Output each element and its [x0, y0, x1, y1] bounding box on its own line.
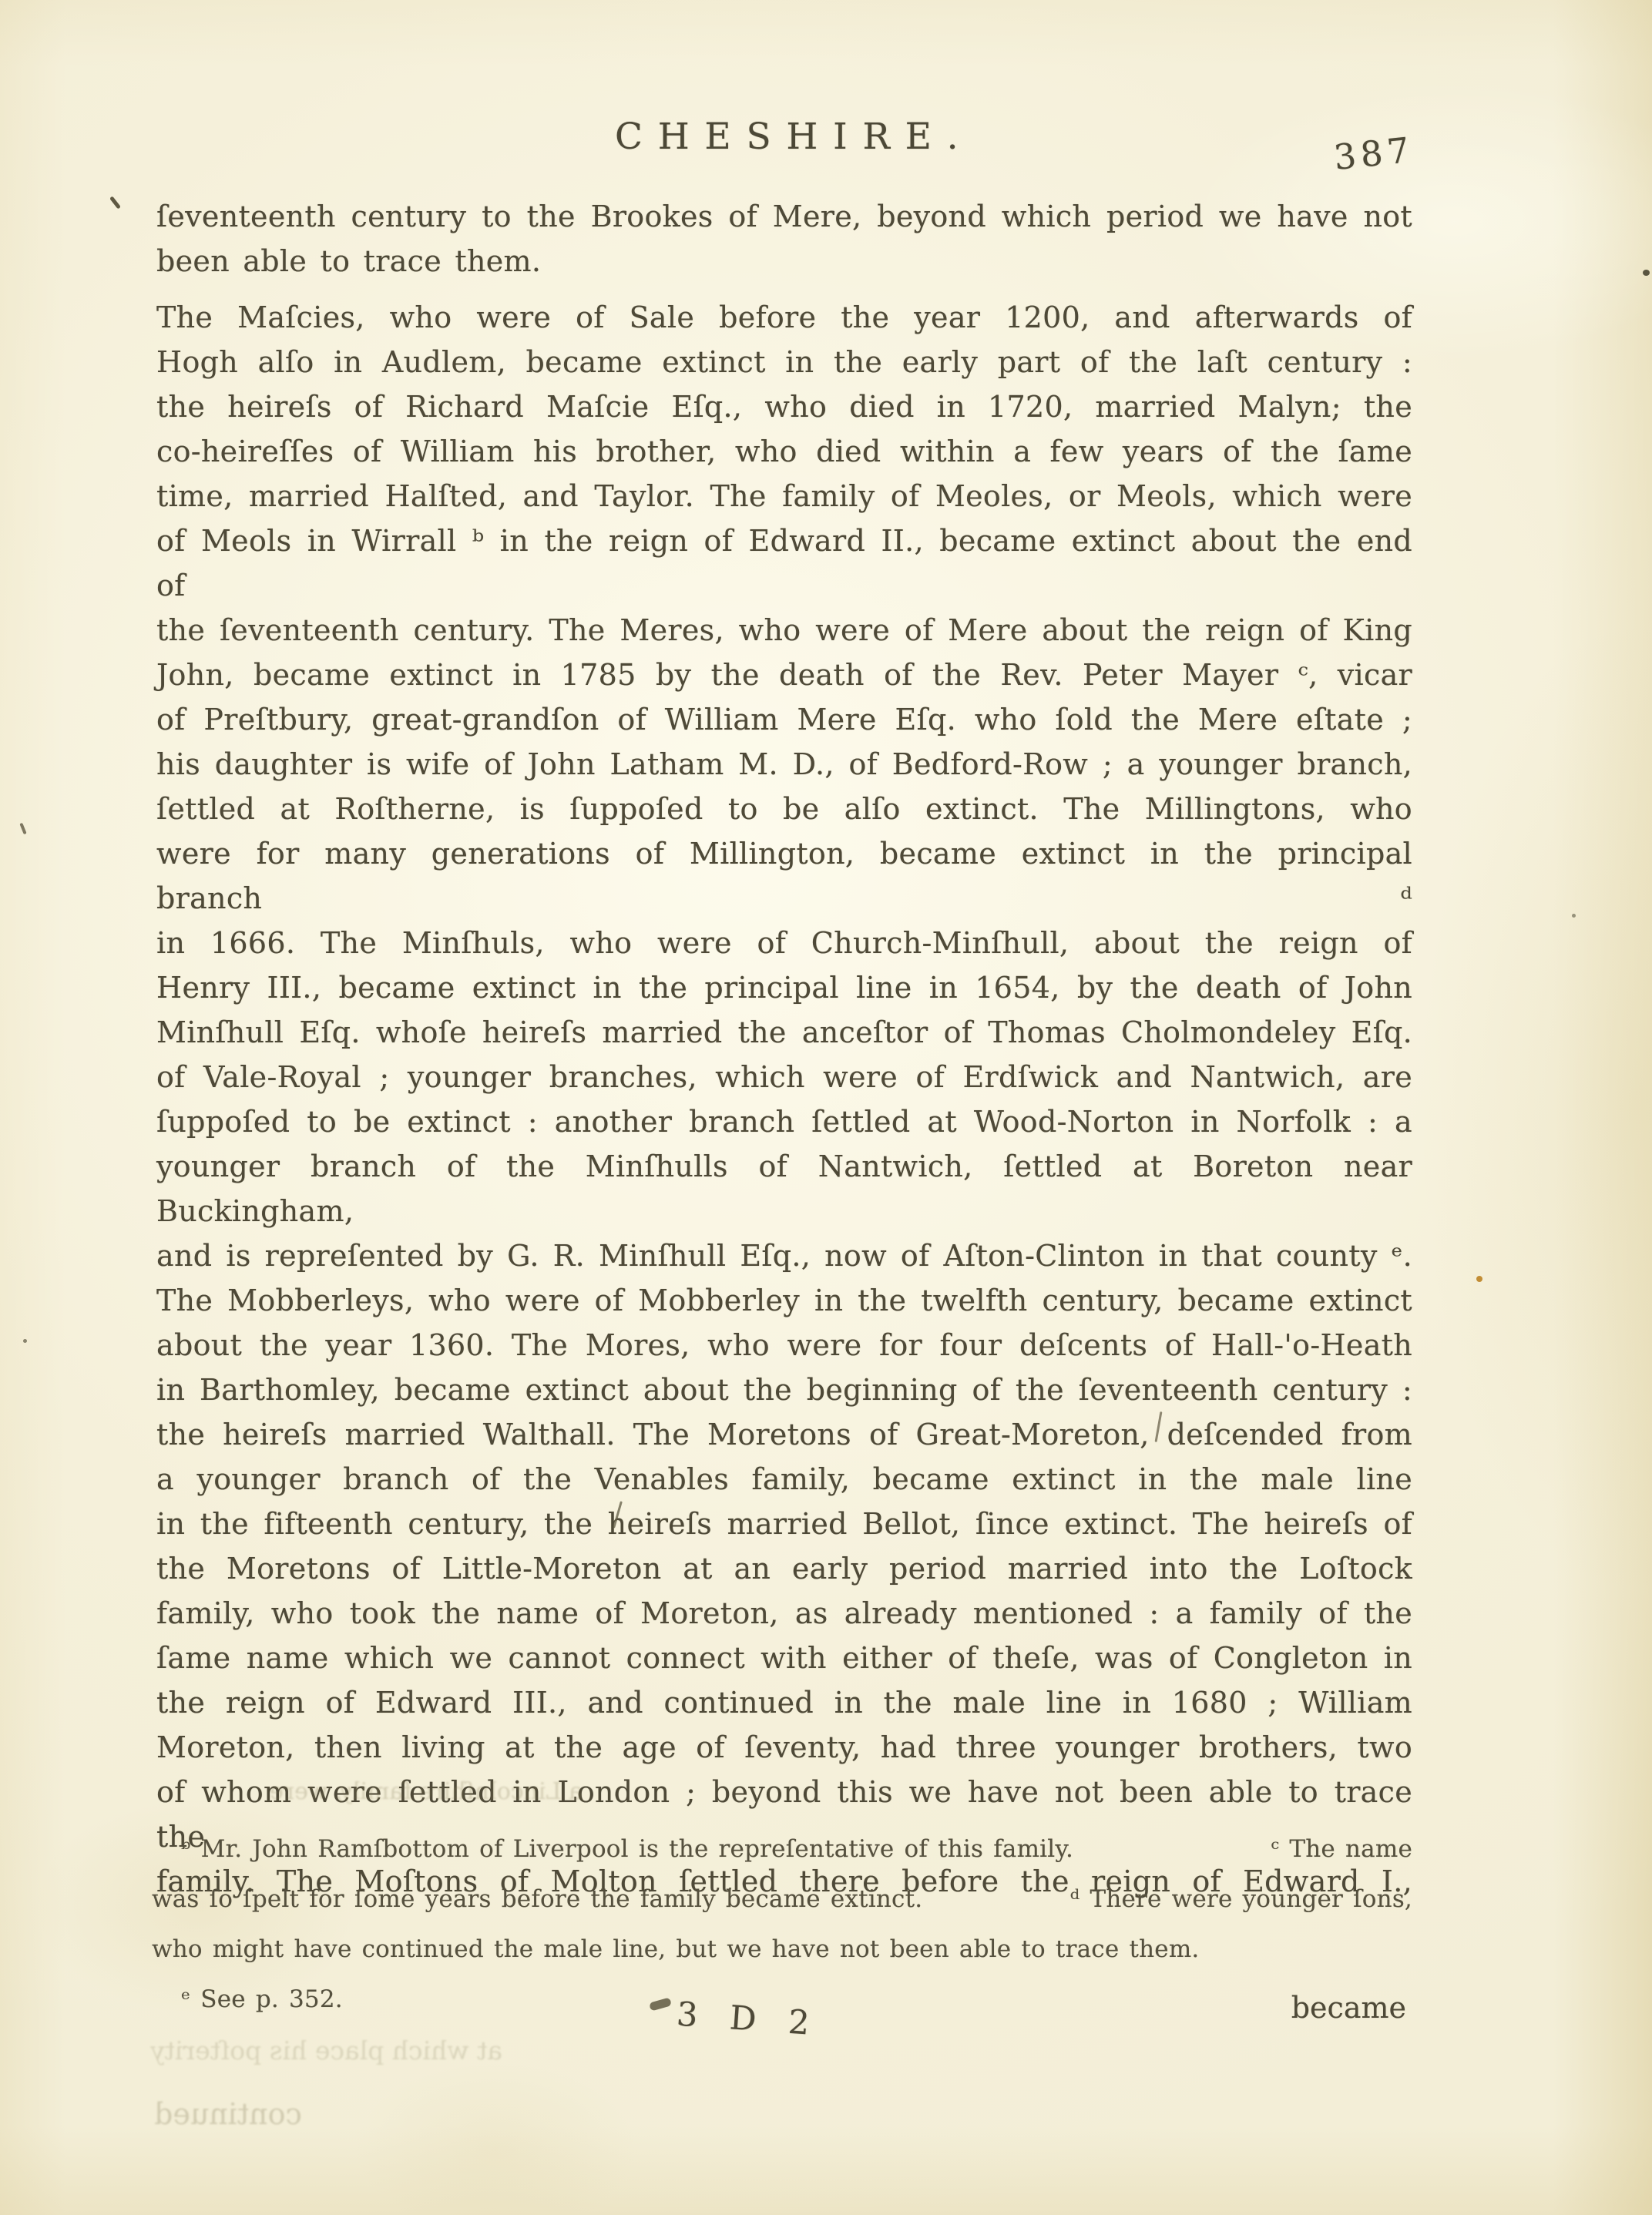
- text-line: The Maſcies, who were of Sale before the…: [156, 295, 1412, 340]
- text-line: of Meols in Wirrall ᵇ in the reign of Ed…: [156, 519, 1412, 608]
- catchword: became: [156, 1991, 1406, 2025]
- text-line: the heireſs married Walthall. The Moreto…: [156, 1412, 1412, 1457]
- footnote-c-start: ᶜ The name: [1241, 1824, 1412, 1874]
- ink-speck: [1476, 1276, 1482, 1282]
- paragraph-continued: ſeventeenth century to the Brookes of Me…: [156, 194, 1412, 284]
- text-line: the heireſs of Richard Maſcie Eſq., who …: [156, 384, 1412, 429]
- text-line: co-heireſſes of William his brother, who…: [156, 429, 1412, 474]
- text-line: time, married Halſted, and Taylor. The f…: [156, 474, 1412, 519]
- paragraph-families: The Maſcies, who were of Sale before the…: [156, 295, 1412, 1904]
- text-line: Minſhull Eſq. whoſe heireſs married the …: [156, 1010, 1412, 1055]
- footnote-line: was ſo ſpelt for ſome years before the f…: [152, 1874, 1412, 1925]
- showthrough-text: at which place his poſterity: [150, 2035, 502, 2066]
- ink-speck: [23, 1339, 27, 1343]
- text-line: were for many generations of Millington,…: [156, 831, 1412, 921]
- body-text: ſeventeenth century to the Brookes of Me…: [156, 194, 1412, 1904]
- text-line: in the fifteenth century, the heireſs ma…: [156, 1502, 1412, 1546]
- text-line: ſeventeenth century to the Brookes of Me…: [156, 194, 1412, 239]
- text-line: Henry III., became extinct in the princi…: [156, 965, 1412, 1010]
- ink-speck: [19, 823, 26, 834]
- text-line: the ſeventeenth century. The Meres, who …: [156, 608, 1412, 653]
- text-line: about the year 1360. The Mores, who were…: [156, 1323, 1412, 1368]
- footnote-d-start: ᵈ There were younger ſons,: [1070, 1874, 1412, 1925]
- text-line: Hogh alſo in Audlem, became extinct in t…: [156, 340, 1412, 384]
- scanned-book-page: CHESHIRE. 387 ſeventeenth century to the…: [0, 0, 1652, 2215]
- footnote-d-end: who might have continued the male line, …: [152, 1925, 1412, 1975]
- text-line: and is repreſented by G. R. Minſhull Eſq…: [156, 1233, 1412, 1278]
- ink-speck: [109, 196, 121, 209]
- footnote-b: ᵇ Mr. John Ramſbottom of Liverpool is th…: [152, 1824, 1073, 1874]
- footnote-c-end: was ſo ſpelt for ſome years before the f…: [152, 1874, 922, 1925]
- showthrough-text: continued: [154, 2097, 302, 2131]
- page-number: 387: [1332, 128, 1429, 178]
- text-line: younger branch of the Minſhulls of Nantw…: [156, 1144, 1412, 1233]
- text-line: his daughter is wife of John Latham M. D…: [156, 742, 1412, 787]
- running-title: CHESHIRE.: [615, 116, 959, 158]
- text-line: ſuppoſed to be extinct : another branch …: [156, 1099, 1412, 1144]
- text-line: John, became extinct in 1785 by the deat…: [156, 653, 1412, 697]
- text-line: been able to trace them.: [156, 239, 1412, 284]
- text-line: a younger branch of the Venables family,…: [156, 1457, 1412, 1502]
- footnote-line: ᵇ Mr. John Ramſbottom of Liverpool is th…: [152, 1824, 1412, 1874]
- text-line: ſettled at Roſtherne, is ſuppoſed to be …: [156, 787, 1412, 831]
- text-line: Moreton, then living at the age of ſeven…: [156, 1725, 1412, 1770]
- ink-speck: [1643, 270, 1650, 276]
- text-line: of Vale-Royal ; younger branches, which …: [156, 1055, 1412, 1099]
- text-line: family, who took the name of Moreton, as…: [156, 1591, 1412, 1636]
- text-line: the reign of Edward III., and continued …: [156, 1680, 1412, 1725]
- text-line: in 1666. The Minſhuls, who were of Churc…: [156, 921, 1412, 965]
- text-line: of Preſtbury, great-grandſon of William …: [156, 697, 1412, 742]
- text-line: The Mobberleys, who were of Mobberley in…: [156, 1278, 1412, 1323]
- text-line: the Moretons of Little-Moreton at an ear…: [156, 1546, 1412, 1591]
- text-line: in Barthomley, became extinct about the …: [156, 1368, 1412, 1412]
- text-line: ſame name which we cannot connect with e…: [156, 1636, 1412, 1680]
- ink-speck: [1572, 914, 1576, 918]
